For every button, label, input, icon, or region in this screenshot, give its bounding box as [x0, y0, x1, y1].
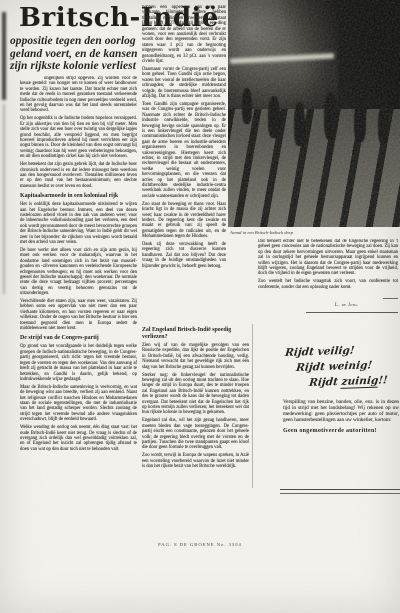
paragraph: Daarnaast vormt de Congres-partij zelf e…	[142, 67, 226, 99]
ad-body-text: Verspilling van benzine, banden, olie, e…	[283, 399, 399, 423]
scan-artifact	[3, 104, 5, 294]
paragraph: Op grond van het voorafgaande is het dui…	[20, 344, 137, 382]
photo-caption: Avond in een Britsch-Indisch dorp	[230, 230, 390, 235]
paragraph: De boer werkt niet alleen voor zich en z…	[20, 248, 137, 297]
fuel-saving-advertisement: Rijdt veilig! Rijdt weinig! Rijdt zuinig…	[283, 346, 399, 434]
paragraph: Op het oogenblik is de Indische bodem ho…	[20, 116, 137, 159]
paragraph: Dank zij deze verzwakking heeft de regee…	[142, 242, 226, 269]
left-column: ongelijken strijd opgeven. Zij worden vo…	[20, 76, 137, 543]
ad-slogan-underlined-word: zuinig	[341, 375, 379, 389]
author-byline: L. de Jong	[258, 303, 358, 308]
paragraph: Zoo wentelt het Indische vraagstuk zich …	[258, 279, 398, 290]
ad-closing-line: Geen ongemotiveerde autoritten!	[283, 428, 399, 434]
paragraph: Het beteekent dat zijn gezin gebrek lijd…	[20, 162, 137, 189]
paragraph: Zoo staat de beweging er thans voor. Haa…	[142, 202, 226, 240]
right-column: Dat behoeft echter niet te beteekenen da…	[258, 239, 398, 303]
section-heading-congress: De strijd van de Congres-partij	[20, 335, 137, 342]
divider-rule	[383, 298, 398, 299]
photo-grain-texture	[228, 0, 400, 227]
ad-slogan-line: Rijdt zuinig!!	[308, 373, 400, 391]
divider-rule	[306, 312, 398, 313]
middle-column-bottom: Zal Engeland Britsch-Indië spoedig verli…	[142, 323, 249, 543]
paragraph: ongelijken strijd opgeven. Zij worden vo…	[20, 76, 137, 114]
page-footer: PAG. 8 DE GROENE No. 3304	[100, 542, 300, 547]
ad-slogan-text: !!	[378, 374, 389, 386]
ad-slogan-text: Rijdt	[308, 376, 342, 389]
paragraph: Zoo wordt, terwijl in Europa de wapens s…	[142, 453, 249, 469]
paragraph: Het is onbillijk deze kapitaalsarmoede u…	[20, 202, 137, 245]
divider-rule	[280, 489, 400, 494]
paragraph: hebben een oppervlak van een paar vierka…	[142, 5, 226, 64]
paragraph: Welke wending de oorlog ook neemt, één d…	[20, 425, 137, 452]
newspaper-page: Britsch-Indië oppositie tegen den oorlog…	[0, 0, 400, 613]
paragraph: Zien wij af van de mogelijke gevolgen va…	[142, 343, 249, 370]
paragraph: Verschillende dier staten zijn, naar men…	[20, 299, 137, 331]
paragraph: Toen Gandhi zijn campagne organiseerde, …	[142, 102, 226, 199]
village-evening-photo	[228, 0, 400, 227]
paragraph: Maar de Britsch-Indische samenleving is …	[20, 385, 137, 423]
middle-column-top: hebben een oppervlak van een paar vierka…	[142, 5, 226, 320]
section-heading-capital: Kapitaalsarmoede in een koloniaal rijk	[20, 193, 137, 200]
paragraph: Engeland zal dus, wil het zijn gezag han…	[142, 418, 249, 450]
column-rule	[252, 324, 253, 488]
paragraph: Sterker nog: de linkervleugel der nation…	[142, 373, 249, 416]
section-heading-verliezen: Zal Engeland Britsch-Indië spoedig verli…	[142, 327, 249, 341]
paragraph: Dat behoeft echter niet te beteekenen da…	[258, 239, 398, 277]
scan-artifact	[2, 12, 6, 100]
